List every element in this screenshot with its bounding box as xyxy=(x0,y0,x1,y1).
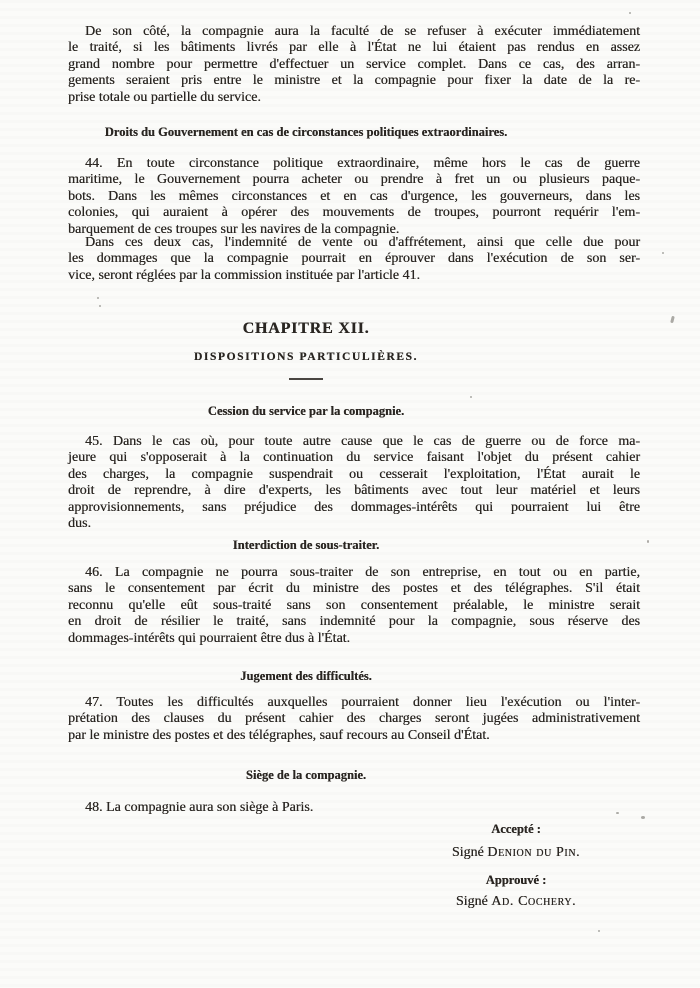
paragraph-article-48: 48. La compagnie aura son siège à Paris. xyxy=(68,800,640,816)
chapter-subtitle: DISPOSITIONS PARTICULIÈRES. xyxy=(68,350,544,364)
text-line: 45. Dans le cas où, pour toute autre cau… xyxy=(68,434,640,450)
scan-speck xyxy=(598,930,600,932)
paragraph-article-44-suite: Dans ces deux cas, l'indemnité de vente … xyxy=(68,235,640,284)
signatory-name: Denion du Pin. xyxy=(487,845,580,860)
chapter-title: CHAPITRE XII. xyxy=(68,320,544,338)
text-line: vice, seront réglées par la commission i… xyxy=(68,268,640,284)
text-line: Dans ces deux cas, l'indemnité de vente … xyxy=(68,235,640,251)
text-line: sans le consentement par écrit du minist… xyxy=(68,581,640,597)
paragraph-article-45: 45. Dans le cas où, pour toute autre cau… xyxy=(68,434,640,532)
text-line: reconnu qu'elle eût sous-traité sans son… xyxy=(68,598,640,614)
section-heading-siege: Siège de la compagnie. xyxy=(68,768,544,783)
paragraph-intro: De son côté, la compagnie aura la facult… xyxy=(68,24,640,106)
text-line: 44. En toute circonstance politique extr… xyxy=(68,156,640,172)
scan-speck xyxy=(99,305,101,307)
signatory-name: Ad. Cochery. xyxy=(491,894,576,909)
text-line: 47. Toutes les difficultés auxquelles po… xyxy=(68,695,640,711)
section-heading-interdiction: Interdiction de sous-traiter. xyxy=(68,538,544,553)
text-line: en droit de résilier le traité, sans ind… xyxy=(68,614,640,630)
scan-speck xyxy=(641,816,645,819)
scan-speck xyxy=(647,540,649,543)
signature-accepted-name: Signé Denion du Pin. xyxy=(386,845,646,861)
text-line: bots. Dans les mêmes circonstances et en… xyxy=(68,189,640,205)
text-line: 46. La compagnie ne pourra sous-traiter … xyxy=(68,565,640,581)
text-line: dus. xyxy=(68,516,640,532)
signature-approved-label: Approuvé : xyxy=(386,873,646,888)
text-line: jeure qui s'opposerait à la continuation… xyxy=(68,450,640,466)
text-line: par le ministre des postes et des télégr… xyxy=(68,728,640,744)
signature-accepted-label: Accepté : xyxy=(386,822,646,837)
text-line: prise totale ou partielle du service. xyxy=(68,90,640,106)
section-heading-cession: Cession du service par la compagnie. xyxy=(68,404,544,419)
text-line: grand nombre pour permettre d'effectuer … xyxy=(68,57,640,73)
scanned-document-page: De son côté, la compagnie aura la facult… xyxy=(0,0,700,988)
scan-speck xyxy=(616,812,619,814)
signature-approved-name: Signé Ad. Cochery. xyxy=(386,894,646,910)
text-line: les dommages que la compagnie pourrait e… xyxy=(68,251,640,267)
scan-speck xyxy=(629,12,631,14)
chapter-divider-rule xyxy=(289,378,323,380)
text-line: droit de reprendre, à dire d'experts, le… xyxy=(68,483,640,499)
scan-speck xyxy=(97,297,99,299)
paragraph-article-44: 44. En toute circonstance politique extr… xyxy=(68,156,640,238)
text-line: maritime, le Gouvernement pourra acheter… xyxy=(68,172,640,188)
scan-speck xyxy=(470,396,472,398)
text-line: colonies, qui auraient à opérer des mouv… xyxy=(68,205,640,221)
signature-prefix: Signé xyxy=(456,894,491,909)
scan-speck xyxy=(662,252,664,254)
signature-prefix: Signé xyxy=(452,845,487,860)
text-line: dommages-intérêts qui pourraient être du… xyxy=(68,631,640,647)
section-heading-droits-gouvernement: Droits du Gouvernement en cas de circons… xyxy=(68,125,544,140)
text-line: le traité, si les bâtiments livrés par e… xyxy=(68,40,640,56)
scan-speck xyxy=(670,316,675,324)
text-line: De son côté, la compagnie aura la facult… xyxy=(68,24,640,40)
paragraph-article-47: 47. Toutes les difficultés auxquelles po… xyxy=(68,695,640,744)
text-line: des charges, la compagnie suspendrait ou… xyxy=(68,467,640,483)
text-line: approvisionnements, sans préjudice des d… xyxy=(68,500,640,516)
text-line: prétation des clauses du présent cahier … xyxy=(68,711,640,727)
text-line: 48. La compagnie aura son siège à Paris. xyxy=(68,800,640,816)
section-heading-jugement: Jugement des difficultés. xyxy=(68,669,544,684)
text-line: gements seraient pris entre le ministre … xyxy=(68,73,640,89)
paragraph-article-46: 46. La compagnie ne pourra sous-traiter … xyxy=(68,565,640,647)
